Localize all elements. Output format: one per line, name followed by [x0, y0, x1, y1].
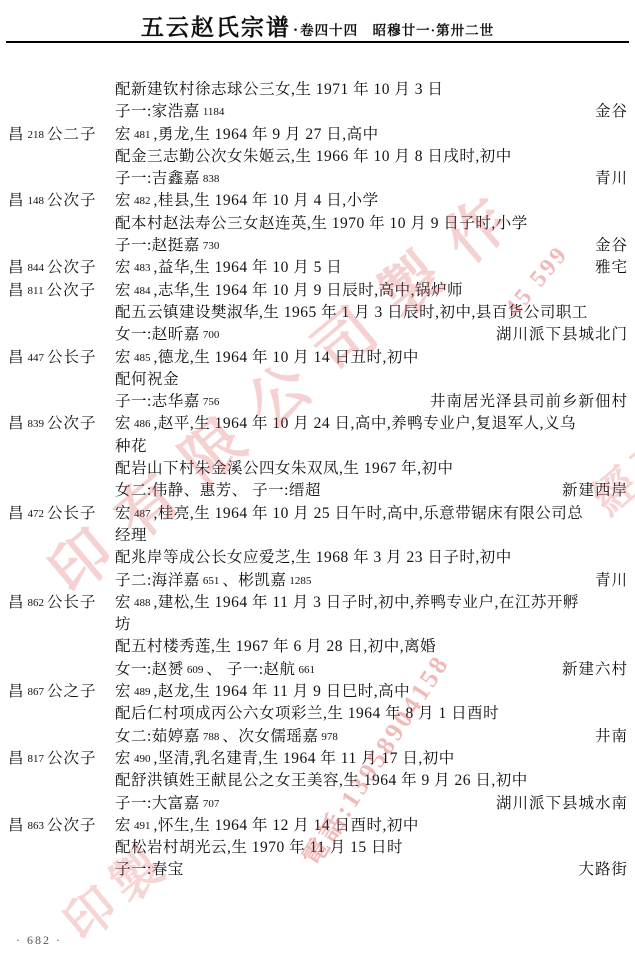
entry-id-number: 756 [203, 396, 220, 408]
page-number: · 682 · [16, 933, 62, 948]
entry-id-number: 148 [28, 195, 45, 207]
entry-text: 昌 [8, 505, 25, 522]
entry-content: 宏484,志华,生 1964 年 10 月 9 日辰时,高中,锅炉师 [115, 280, 463, 303]
entry-line: 女一:赵赟609、 子一:赵航661新建六村 [8, 659, 628, 681]
entry-place: 青川 [595, 570, 628, 592]
entry-content: 女一:赵昕嘉700 [115, 324, 222, 347]
entry-place: 湖川派下县城北门 [496, 324, 628, 346]
entry-line: 昌447公长子宏485,德龙,生 1964 年 10 月 14 日丑时,初中 [8, 347, 628, 369]
entry-content: 子一:赵挺嘉730 [115, 235, 222, 258]
entry-label: 昌839公次子 [8, 413, 115, 436]
entry-id-number: 730 [203, 240, 220, 252]
entry-line: 配兆岸等成公长女应爱芝,生 1968 年 3 月 23 日子时,初中 [8, 547, 628, 569]
entry-text: ,勇龙,生 1964 年 9 月 27 日,高中 [154, 126, 379, 143]
entry-id-number: 486 [134, 418, 151, 430]
entry-line: 女二:茹婷嘉788、次女儒瑶嘉978井南 [8, 726, 628, 748]
entry-place: 金谷 [595, 101, 628, 123]
entry-id-number: 491 [134, 820, 151, 832]
entry-label: 昌447公长子 [8, 347, 115, 370]
entry-text: 宏 [115, 817, 131, 834]
entry-line: 配后仁村项成丙公六女项彩兰,生 1964 年 8 月 1 日酉时 [8, 703, 628, 725]
entry-text: 子二:海洋嘉 [115, 572, 200, 589]
entry-line: 配五云镇建设樊淑华,生 1965 年 1 月 3 日辰时,初中,县百货公司职工 [8, 302, 628, 324]
entry-text: ,桂县,生 1964 年 10 月 4 日,小学 [154, 192, 379, 209]
entry-place: 大路街 [578, 859, 628, 881]
entry-line: 女一:赵昕嘉700湖川派下县城北门 [8, 324, 628, 346]
entry-content: 经理 [115, 525, 147, 547]
entry-line: 配岩山下村朱金溪公四女朱双凤,生 1967 年,初中 [8, 458, 628, 480]
entry-id-number: 488 [134, 597, 151, 609]
entry-id-number: 651 [203, 575, 220, 587]
entry-content: 女一:赵赟609、 子一:赵航661 [115, 659, 318, 682]
entry-id-number: 487 [134, 508, 151, 520]
book-title: 五云赵氏宗谱 [141, 15, 291, 40]
entry-text: 配金三志勤公次女朱姬云,生 1966 年 10 月 8 日戌时,初中 [115, 148, 512, 165]
entry-label: 昌844公次子 [8, 257, 115, 280]
entry-line: 昌817公次子宏490,坚清,乳名建青,生 1964 年 11 月 17 日,初… [8, 748, 628, 770]
entry-content: 子一:大富嘉707 [115, 793, 222, 816]
entry-place: 井南 [595, 726, 628, 748]
entry-place: 新建六村 [562, 659, 628, 681]
entry-id-number: 838 [203, 173, 220, 185]
entry-text: 子一:吉鑫嘉 [115, 170, 200, 187]
entry-content: 宏489,赵龙,生 1964 年 11 月 9 日巳时,高中 [115, 681, 410, 704]
entry-line: 女二:伟静、惠芳、 子一:缙超新建西岸 [8, 480, 628, 502]
entry-id-number: 483 [134, 262, 151, 274]
entry-text: 公二子 [47, 126, 97, 143]
entry-text: 女一:赵昕嘉 [115, 326, 200, 343]
entry-label: 昌218公二子 [8, 124, 115, 147]
entry-content: 女二:茹婷嘉788、次女儒瑶嘉978 [115, 726, 341, 749]
entry-text: 公长子 [47, 505, 97, 522]
entry-text: 女一:赵赟 [115, 661, 184, 678]
entry-id-number: 978 [321, 731, 338, 743]
entry-line: 昌148公次子宏482,桂县,生 1964 年 10 月 4 日,小学 [8, 190, 628, 212]
entry-text: 宏 [115, 126, 131, 143]
entry-text: 配本村赵法寿公三女赵连英,生 1970 年 10 月 9 日子时,小学 [115, 215, 528, 232]
entry-line: 子一:大富嘉707湖川派下县城水南 [8, 793, 628, 815]
entry-text: 宏 [115, 192, 131, 209]
entry-text: 配兆岸等成公长女应爱芝,生 1968 年 3 月 23 日子时,初中 [115, 549, 512, 566]
genealogy-page: { "header": { "title": "五云赵氏宗谱", "separa… [0, 0, 635, 968]
entry-content: 宏482,桂县,生 1964 年 10 月 4 日,小学 [115, 190, 379, 213]
entry-place: 湖川派下县城水南 [496, 793, 628, 815]
entry-content: 坊 [115, 614, 131, 636]
entry-line: 配五村楼秀莲,生 1967 年 6 月 28 日,初中,离婚 [8, 636, 628, 658]
entry-content: 配后仁村项成丙公六女项彩兰,生 1964 年 8 月 1 日酉时 [115, 703, 499, 725]
entry-content: 配舒洪镇姓王献昆公之女王美容,生 1964 年 9 月 26 日,初中 [115, 770, 528, 792]
entry-content: 配五云镇建设樊淑华,生 1965 年 1 月 3 日辰时,初中,县百货公司职工 [115, 302, 588, 324]
volume-subtitle: 卷四十四 昭穆廿一·第卅二世 [300, 23, 494, 38]
entry-content: 子一:志华嘉756 [115, 391, 222, 414]
entry-text: 配松岩村胡光云,生 1970 年 11 月 15 日时 [115, 839, 403, 856]
entry-line: 配舒洪镇姓王献昆公之女王美容,生 1964 年 9 月 26 日,初中 [8, 770, 628, 792]
entry-content: 子二:海洋嘉651、彬凯嘉1285 [115, 570, 314, 593]
entry-text: 昌 [8, 415, 25, 432]
entry-text: 宏 [115, 415, 131, 432]
entry-label: 昌148公次子 [8, 190, 115, 213]
entry-content: 宏485,德龙,生 1964 年 10 月 14 日丑时,初中 [115, 347, 419, 370]
entry-id-number: 1285 [289, 575, 311, 587]
entry-text: 子一:春宝 [115, 861, 184, 878]
entry-content: 配五村楼秀莲,生 1967 年 6 月 28 日,初中,离婚 [115, 636, 436, 658]
entry-text: 宏 [115, 594, 131, 611]
entry-text: 女二:伟静、惠芳、 子一:缙超 [115, 482, 321, 499]
entry-text: 公长子 [47, 349, 97, 366]
entry-text: 公次子 [47, 282, 97, 299]
entry-line: 子一:志华嘉756井南居光泽县司前乡新佃村 [8, 391, 628, 413]
entry-content: 子一:春宝 [115, 859, 184, 881]
entry-content: 宏483,益华,生 1964 年 10 月 5 日 [115, 257, 342, 280]
entry-content: 配何祝金 [115, 369, 179, 391]
entry-text: 配岩山下村朱金溪公四女朱双凤,生 1967 年,初中 [115, 460, 454, 477]
entry-id-number: 661 [299, 664, 316, 676]
entry-id-number: 811 [28, 285, 44, 297]
entry-line: 子一:家浩嘉1184金谷 [8, 101, 628, 123]
entry-text: ,德龙,生 1964 年 10 月 14 日丑时,初中 [154, 349, 419, 366]
entry-id-number: 490 [134, 753, 151, 765]
entry-text: ,志华,生 1964 年 10 月 9 日辰时,高中,锅炉师 [154, 282, 464, 299]
entry-id-number: 788 [203, 731, 220, 743]
entry-text: 昌 [8, 594, 25, 611]
entry-text: 子一:志华嘉 [115, 393, 200, 410]
entry-line: 配松岩村胡光云,生 1970 年 11 月 15 日时 [8, 837, 628, 859]
entry-content: 配松岩村胡光云,生 1970 年 11 月 15 日时 [115, 837, 403, 859]
entry-text: 子一:家浩嘉 [115, 103, 200, 120]
entry-text: ,益华,生 1964 年 10 月 5 日 [154, 259, 343, 276]
header-divider [6, 41, 629, 43]
entry-text: 公次子 [47, 259, 97, 276]
entry-content: 女二:伟静、惠芳、 子一:缙超 [115, 480, 321, 502]
entry-label: 昌867公之子 [8, 681, 115, 704]
entry-text: 宏 [115, 349, 131, 366]
entry-place: 井南居光泽县司前乡新佃村 [430, 391, 628, 413]
entry-content: 配新建钦村徐志球公三女,生 1971 年 10 月 3 日 [115, 79, 443, 101]
entry-text: 公次子 [47, 817, 97, 834]
entry-text: 昌 [8, 349, 25, 366]
entry-id-number: 489 [134, 686, 151, 698]
entry-text: 配何祝金 [115, 371, 179, 388]
entry-line: 经理 [8, 525, 628, 547]
entry-line: 昌839公次子宏486,赵平,生 1964 年 10 月 24 日,高中,养鸭专… [8, 413, 628, 435]
entry-id-number: 1184 [203, 106, 225, 118]
entry-text: 坊 [115, 616, 131, 633]
entry-text: 子一:大富嘉 [115, 795, 200, 812]
entry-id-number: 218 [28, 129, 45, 141]
entry-text: 、次女儒瑶嘉 [222, 728, 318, 745]
page-header: 五云赵氏宗谱·卷四十四 昭穆廿一·第卅二世 [0, 9, 635, 42]
entry-content: 配本村赵法寿公三女赵连英,生 1970 年 10 月 9 日子时,小学 [115, 213, 528, 235]
entry-text: 宏 [115, 683, 131, 700]
entry-content: 宏487,桂亮,生 1964 年 10 月 25 日午时,高中,乐意带锯床有限公… [115, 503, 583, 526]
entry-text: 配新建钦村徐志球公三女,生 1971 年 10 月 3 日 [115, 81, 443, 98]
entry-text: 宏 [115, 282, 131, 299]
entry-text: 公之子 [47, 683, 97, 700]
entry-text: ,怀生,生 1964 年 12 月 14 日酉时,初中 [154, 817, 419, 834]
entry-content: 子一:家浩嘉1184 [115, 101, 227, 124]
entry-text: 种花 [115, 438, 147, 455]
entry-line: 昌863公次子宏491,怀生,生 1964 年 12 月 14 日酉时,初中 [8, 815, 628, 837]
entry-text: 昌 [8, 192, 25, 209]
entry-line: 昌867公之子宏489,赵龙,生 1964 年 11 月 9 日巳时,高中 [8, 681, 628, 703]
entry-line: 子一:吉鑫嘉838青川 [8, 168, 628, 190]
entry-text: 配后仁村项成丙公六女项彩兰,生 1964 年 8 月 1 日酉时 [115, 705, 499, 722]
entry-line: 昌472公长子宏487,桂亮,生 1964 年 10 月 25 日午时,高中,乐… [8, 503, 628, 525]
entry-text: ,建松,生 1964 年 11 月 3 日子时,初中,养鸭专业户,在江苏开孵 [154, 594, 579, 611]
entry-id-number: 482 [134, 195, 151, 207]
entry-text: 公长子 [47, 594, 97, 611]
entry-text: 公次子 [47, 192, 97, 209]
entry-content: 宏486,赵平,生 1964 年 10 月 24 日,高中,养鸭专业户,复退军人… [115, 413, 576, 436]
entry-id-number: 472 [28, 508, 45, 520]
entry-id-number: 867 [28, 686, 45, 698]
entry-text: 宏 [115, 505, 131, 522]
entry-content: 配兆岸等成公长女应爱芝,生 1968 年 3 月 23 日子时,初中 [115, 547, 512, 569]
entry-line: 配新建钦村徐志球公三女,生 1971 年 10 月 3 日 [8, 79, 628, 101]
entry-text: ,桂亮,生 1964 年 10 月 25 日午时,高中,乐意带锯床有限公司总 [154, 505, 584, 522]
entry-line: 昌844公次子宏483,益华,生 1964 年 10 月 5 日雅宅 [8, 257, 628, 279]
entry-line: 子二:海洋嘉651、彬凯嘉1285青川 [8, 570, 628, 592]
entry-text: ,赵龙,生 1964 年 11 月 9 日巳时,高中 [154, 683, 411, 700]
entry-text: 宏 [115, 750, 131, 767]
entry-text: 子一:赵挺嘉 [115, 237, 200, 254]
entry-text: 经理 [115, 527, 147, 544]
entry-line: 昌218公二子宏481,勇龙,生 1964 年 9 月 27 日,高中 [8, 124, 628, 146]
entry-line: 配本村赵法寿公三女赵连英,生 1970 年 10 月 9 日子时,小学 [8, 213, 628, 235]
entry-content: 宏488,建松,生 1964 年 11 月 3 日子时,初中,养鸭专业户,在江苏… [115, 592, 579, 615]
entry-text: 、 子一:赵航 [206, 661, 295, 678]
entry-id-number: 700 [203, 329, 220, 341]
entry-place: 青川 [595, 168, 628, 190]
entry-line: 坊 [8, 614, 628, 636]
entry-id-number: 817 [28, 753, 45, 765]
entry-text: ,坚清,乳名建青,生 1964 年 11 月 17 日,初中 [154, 750, 455, 767]
entry-text: ,赵平,生 1964 年 10 月 24 日,高中,养鸭专业户,复退军人,义乌 [154, 415, 577, 432]
entry-text: 昌 [8, 750, 25, 767]
entry-text: 、彬凯嘉 [222, 572, 286, 589]
entry-text: 配五云镇建设樊淑华,生 1965 年 1 月 3 日辰时,初中,县百货公司职工 [115, 304, 588, 321]
entry-text: 昌 [8, 683, 25, 700]
entry-line: 子一:春宝大路街 [8, 859, 628, 881]
genealogy-lines: 配新建钦村徐志球公三女,生 1971 年 10 月 3 日子一:家浩嘉1184金… [8, 79, 628, 882]
entry-id-number: 844 [28, 262, 45, 274]
entry-line: 配何祝金 [8, 369, 628, 391]
entry-content: 配金三志勤公次女朱姬云,生 1966 年 10 月 8 日戌时,初中 [115, 146, 512, 168]
entry-place: 金谷 [595, 235, 628, 257]
entry-text: 配舒洪镇姓王献昆公之女王美容,生 1964 年 9 月 26 日,初中 [115, 772, 528, 789]
entry-place: 雅宅 [595, 257, 628, 279]
entry-content: 宏490,坚清,乳名建青,生 1964 年 11 月 17 日,初中 [115, 748, 455, 771]
entry-line: 子一:赵挺嘉730金谷 [8, 235, 628, 257]
entry-text: 宏 [115, 259, 131, 276]
entry-text: 昌 [8, 126, 25, 143]
title-separator: · [293, 22, 298, 39]
entry-content: 子一:吉鑫嘉838 [115, 168, 222, 191]
entry-text: 昌 [8, 817, 25, 834]
entry-text: 公次子 [47, 750, 97, 767]
entry-id-number: 485 [134, 352, 151, 364]
entry-line: 种花 [8, 436, 628, 458]
entry-id-number: 707 [203, 798, 220, 810]
entry-content: 宏481,勇龙,生 1964 年 9 月 27 日,高中 [115, 124, 379, 147]
entry-id-number: 484 [134, 285, 151, 297]
entry-line: 配金三志勤公次女朱姬云,生 1966 年 10 月 8 日戌时,初中 [8, 146, 628, 168]
entry-label: 昌862公长子 [8, 592, 115, 615]
entry-id-number: 862 [28, 597, 45, 609]
entry-text: 配五村楼秀莲,生 1967 年 6 月 28 日,初中,离婚 [115, 638, 436, 655]
entry-content: 配岩山下村朱金溪公四女朱双凤,生 1967 年,初中 [115, 458, 454, 480]
entry-id-number: 609 [187, 664, 204, 676]
entry-content: 宏491,怀生,生 1964 年 12 月 14 日酉时,初中 [115, 815, 419, 838]
entry-text: 昌 [8, 282, 25, 299]
entry-line: 昌811公次子宏484,志华,生 1964 年 10 月 9 日辰时,高中,锅炉… [8, 280, 628, 302]
entry-line: 昌862公长子宏488,建松,生 1964 年 11 月 3 日子时,初中,养鸭… [8, 592, 628, 614]
entry-text: 女二:茹婷嘉 [115, 728, 200, 745]
entry-id-number: 839 [28, 418, 45, 430]
entry-label: 昌817公次子 [8, 748, 115, 771]
entry-label: 昌811公次子 [8, 280, 115, 303]
entry-content: 种花 [115, 436, 147, 458]
entry-id-number: 863 [28, 820, 45, 832]
entry-place: 新建西岸 [562, 480, 628, 502]
entry-text: 公次子 [47, 415, 97, 432]
entry-id-number: 481 [134, 129, 151, 141]
entry-label: 昌472公长子 [8, 503, 115, 526]
entry-text: 昌 [8, 259, 25, 276]
entry-id-number: 447 [28, 352, 45, 364]
entry-label: 昌863公次子 [8, 815, 115, 838]
